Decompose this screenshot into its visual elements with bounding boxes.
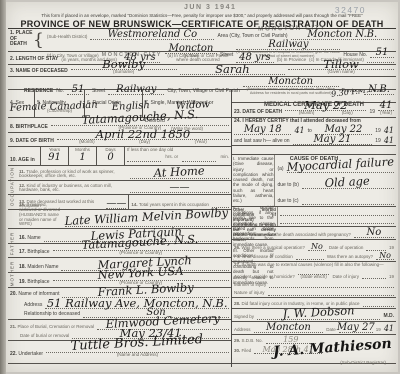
cause-instruction-1: I. Immediate cause (Give disease, injury… bbox=[233, 156, 273, 204]
filed-label: 30. Filed bbox=[234, 349, 251, 354]
registrar-caption: (Sub-District Registrar) bbox=[340, 361, 386, 366]
certify-from-year: 41 bbox=[294, 127, 304, 135]
cause-c-label: due to (c) bbox=[277, 199, 298, 205]
field-certify: 24. I HEREBY CERTIFY that I attended dec… bbox=[232, 118, 396, 146]
sex-value: Female bbox=[9, 102, 46, 114]
mother-birthplace-label: 19. Birthplace bbox=[19, 280, 50, 286]
burial-date-label: Date of burial or removal bbox=[20, 334, 69, 339]
spouse-label: 15. If married, widowed or divorced (HUS… bbox=[19, 203, 62, 227]
age-label: 10. AGE in bbox=[10, 157, 35, 163]
dod-month-caption: (Month) bbox=[299, 111, 315, 116]
signed-year-value: 41 bbox=[384, 325, 394, 333]
age-hrs-label: hrs. or bbox=[165, 155, 178, 162]
birthdate-month-caption: (Month) bbox=[79, 140, 95, 145]
trade-label: 11. Trade, profession or kind of work as… bbox=[19, 170, 127, 179]
field-signed-by: Signed by J. W. Dobson M.D. bbox=[232, 309, 396, 322]
physician-signature: J. W. Dobson bbox=[282, 305, 354, 320]
disease-label: For what disease or condition bbox=[234, 255, 293, 260]
cause-a-value: Myocardial failure bbox=[286, 156, 394, 173]
field-date-of-birth: 9. DATE OF BIRTH April 22nd 1850 (Month)… bbox=[8, 133, 231, 147]
age-years-value: 91 bbox=[43, 153, 66, 163]
mother-birthplace-value: New York USA bbox=[97, 265, 183, 281]
place-brace: { bbox=[33, 30, 44, 50]
birthplace-value: Tatamagouche, N.S. bbox=[81, 109, 198, 127]
stay-label: 2. LENGTH OF STAY bbox=[10, 57, 58, 63]
industry-label: 12. Kind of industry or business, as cot… bbox=[19, 184, 127, 193]
sdb-label: 29. S.D.B. No. bbox=[234, 339, 263, 344]
birthplace-label: 8. BIRTHPLACE bbox=[10, 125, 48, 131]
received-date-stamp: JUN 3 1941 bbox=[184, 4, 236, 11]
undertaker-caption: (Name and Address) bbox=[46, 353, 229, 358]
certify-from-value: May 18 bbox=[244, 125, 282, 135]
other-morbid-box: Other morbid conditions (if important) c… bbox=[232, 207, 396, 227]
cause-of-death-box: I. Immediate cause (Give disease, injury… bbox=[232, 155, 396, 207]
residence-city-value: Moncton bbox=[268, 77, 313, 87]
certify-alive-label: and last saw h— alive on bbox=[234, 139, 290, 145]
autopsy-label: Was there an autopsy? bbox=[327, 255, 373, 260]
place-district-value: Westmoreland Co bbox=[108, 30, 198, 40]
deceased-given-name: Sarah bbox=[215, 64, 250, 76]
certify-alive-year-prefix: 19 bbox=[375, 139, 381, 145]
birthdate-day-caption: (Day) bbox=[139, 140, 150, 145]
left-column: 4. Sex 5. Nationality(Citizenship) 6. Ra… bbox=[8, 90, 231, 367]
industry-value: —— bbox=[170, 183, 190, 193]
father-birthplace-value: Tatamagouche, N.S. bbox=[82, 234, 199, 252]
place-label: 1. PLACE OF DEATH bbox=[10, 31, 33, 48]
field-spouse: 15. If married, widowed or divorced (HUS… bbox=[8, 210, 231, 229]
certify-alive-year: 41 bbox=[384, 137, 394, 145]
field-pregnancy: 25. If a woman, was the death associated… bbox=[232, 227, 396, 240]
form-columns: 4. Sex 5. Nationality(Citizenship) 6. Ra… bbox=[8, 90, 396, 367]
field-operation: 26. Was there a surgical operation? No D… bbox=[232, 240, 396, 262]
father-birthplace-label: 17. Birthplace bbox=[19, 250, 50, 256]
physician-address-label: Address bbox=[234, 328, 251, 333]
field-undertaker: 22. Undertaker Tuttle Bros. Limited (Nam… bbox=[8, 341, 231, 359]
field-external-causes: 27. If death was due to external causes … bbox=[232, 262, 396, 298]
field-trade: 11. Trade, profession or kind of work as… bbox=[8, 166, 231, 181]
age-min-label: min. bbox=[220, 155, 229, 162]
place-area-value: Moncton N.B. bbox=[307, 30, 377, 40]
surname-caption: (Surname) bbox=[71, 70, 177, 75]
age-months-value: 1 bbox=[71, 153, 94, 163]
dod-year-caption: (Year) bbox=[378, 111, 394, 116]
age-note: If less than one day old bbox=[127, 148, 229, 153]
signed-date-label: Date bbox=[326, 328, 336, 333]
mail-notice: This form if placed in an envelope, mark… bbox=[6, 13, 398, 18]
signed-year-prefix: 19 bbox=[376, 328, 381, 333]
dod-day-caption: (Day) bbox=[342, 111, 353, 116]
cause-instructions: I. Immediate cause (Give disease, injury… bbox=[232, 155, 275, 206]
field-residence: RESIDENCE No. 51 Street Railway City, To… bbox=[8, 77, 396, 90]
last-worked-value: —— bbox=[106, 199, 126, 209]
informant-relationship-label: Relationship to deceased bbox=[24, 312, 80, 318]
father-name-label: 16. Name bbox=[19, 236, 41, 242]
certify-to-year: 41 bbox=[384, 127, 394, 135]
form-title: PROVINCE OF NEW BRUNSWICK—CERTIFICATE OF… bbox=[6, 19, 398, 29]
field-industry: 12. Kind of industry or business, as cot… bbox=[8, 181, 231, 195]
date-of-death-label: 23. DATE OF DEATH bbox=[234, 110, 282, 116]
field-name-of-deceased: 3. NAME OF DECEASED Bowlby (Surname) Sar… bbox=[8, 65, 396, 77]
field-date-of-death: 23. DATE OF DEATH May 22 (Month) (Day) 1… bbox=[232, 103, 396, 118]
autopsy-answer: No bbox=[379, 252, 391, 260]
physician-address-value: Moncton bbox=[266, 323, 311, 333]
signed-date-value: May 27 bbox=[337, 323, 375, 333]
place-label-text: PLACE OF DEATH bbox=[10, 30, 33, 48]
field-physician-address-date: Address Moncton Date May 27 19 41 bbox=[232, 322, 396, 335]
pregnancy-answer: No bbox=[367, 228, 382, 238]
birthdate-label: 9. DATE OF BIRTH bbox=[10, 139, 54, 145]
field-filed: 30. Filed May 28th 41 J. A. Mathieson (S… bbox=[232, 345, 396, 366]
death-certificate-document: JUN 3 1941 32470 This form if placed in … bbox=[6, 2, 398, 372]
pregnancy-label: 25. If a woman, was the death associated… bbox=[234, 233, 351, 238]
certify-alive-value: May 21 bbox=[314, 135, 352, 145]
age-days-value: 0 bbox=[99, 153, 122, 163]
given-name-caption: (Given name) bbox=[288, 70, 394, 75]
signed-by-label: Signed by bbox=[234, 315, 254, 320]
registration-form: 1. PLACE OF DEATH { (Sub-Health District… bbox=[8, 28, 396, 364]
birthdate-year-caption: (Year) bbox=[195, 140, 207, 145]
informant-address-label: Address bbox=[24, 303, 42, 309]
cause-b-value: Old age bbox=[325, 175, 371, 189]
md-label: M.D. bbox=[383, 314, 394, 320]
right-column-medical-certificate: MEDICAL CERTIFICATE OF DEATH 9.30 P.M. A… bbox=[231, 90, 396, 367]
spouse-value: Late William Melvin Bowlby bbox=[65, 207, 229, 227]
cause-of-death-header: CAUSE OF DEATH bbox=[232, 146, 396, 155]
operation-answer: No bbox=[311, 243, 323, 251]
field-place-of-death: 1. PLACE OF DEATH { (Sub-Health District… bbox=[8, 29, 396, 52]
name-label: 3. NAME OF DECEASED bbox=[10, 69, 68, 75]
trade-value: At Home bbox=[153, 165, 205, 179]
undertaker-label: 22. Undertaker bbox=[10, 352, 43, 358]
dod-year-prefix: 19 bbox=[369, 110, 375, 116]
nature-label: Nature of injury bbox=[234, 291, 265, 296]
